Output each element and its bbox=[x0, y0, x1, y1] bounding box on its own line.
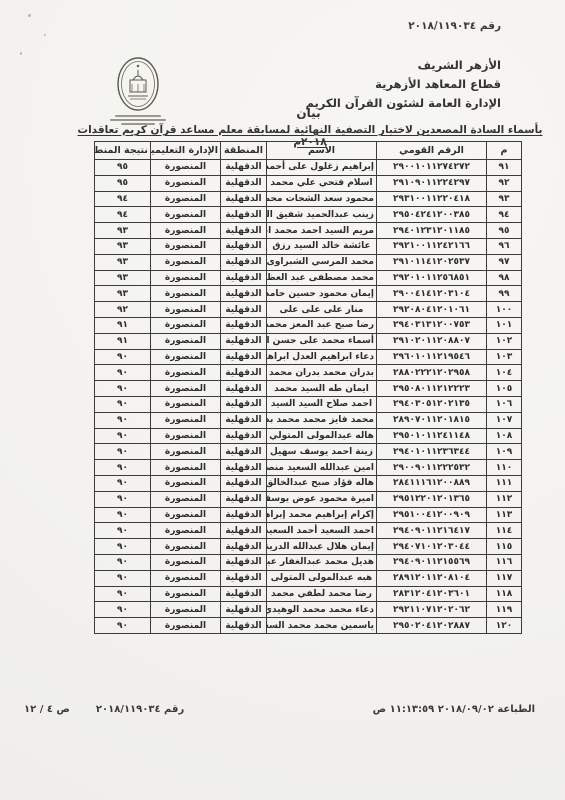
cell-name: رضا صبح عبد المعز محمد bbox=[267, 317, 377, 333]
cell-serial: ١٠٤ bbox=[487, 365, 522, 381]
cell-score: ٩٠ bbox=[95, 554, 151, 570]
cell-national-id: ٢٩٤٠٩٠١١٢١٥٥٦٩ bbox=[377, 554, 487, 570]
table-row: ١٠٣٢٩٦٠١٠١١٢١٩٥٤٦دعاء ابراهيم العدل ابرا… bbox=[95, 349, 522, 365]
cell-admin: المنصورة bbox=[151, 333, 221, 349]
cell-admin: المنصورة bbox=[151, 475, 221, 491]
cell-score: ٩١ bbox=[95, 317, 151, 333]
cell-serial: ٩٢ bbox=[487, 175, 522, 191]
cell-score: ٩٠ bbox=[95, 491, 151, 507]
cell-region: الدقهلية bbox=[221, 207, 267, 223]
cell-region: الدقهلية bbox=[221, 396, 267, 412]
table-row: ٩٧٢٩١٠١١٤١٢٠٢٥٣٧محمد المرسي الشبراوى الم… bbox=[95, 254, 522, 270]
cell-name: زينب عبدالحميد شفيق البسيوني bbox=[267, 207, 377, 223]
cell-region: الدقهلية bbox=[221, 412, 267, 428]
cell-score: ٩١ bbox=[95, 333, 151, 349]
cell-name: إيمان هلال عبدالله الدريني الجمل bbox=[267, 539, 377, 555]
cell-name: محمد المرسي الشبراوى المرسي bbox=[267, 254, 377, 270]
cell-name: رضا محمد لطفي محمد bbox=[267, 586, 377, 602]
cell-national-id: ٢٩٤٠١٠١١٢٣٦٣٤٤ bbox=[377, 444, 487, 460]
cell-serial: ١١٩ bbox=[487, 602, 522, 618]
cell-score: ٩٠ bbox=[95, 349, 151, 365]
cell-admin: المنصورة bbox=[151, 207, 221, 223]
cell-name: بدران محمد بدران محمد احمد bbox=[267, 365, 377, 381]
cell-national-id: ٢٩٥٠٨٠١١٢١٢٢٢٣ bbox=[377, 381, 487, 397]
cell-region: الدقهلية bbox=[221, 270, 267, 286]
cell-region: الدقهلية bbox=[221, 254, 267, 270]
cell-national-id: ٢٩١٠٩٠١١٢٢٤٢٩٧ bbox=[377, 175, 487, 191]
cell-admin: المنصورة bbox=[151, 602, 221, 618]
table-row: ١١٧٢٨٩١٢٠١١٢٠٨١٠٤هبه عبدالمولى المتولىال… bbox=[95, 570, 522, 586]
cell-score: ٩٤ bbox=[95, 207, 151, 223]
cell-admin: المنصورة bbox=[151, 396, 221, 412]
cell-serial: ١٠٥ bbox=[487, 381, 522, 397]
cell-score: ٩٣ bbox=[95, 238, 151, 254]
cell-name: هبه عبدالمولى المتولى bbox=[267, 570, 377, 586]
cell-national-id: ٢٨٩١٢٠١١٢٠٨١٠٤ bbox=[377, 570, 487, 586]
cell-region: الدقهلية bbox=[221, 381, 267, 397]
cell-score: ٩٣ bbox=[95, 254, 151, 270]
cell-national-id: ٢٩٢٠٨٠٤١٢٠١٠٦١ bbox=[377, 302, 487, 318]
cell-national-id: ٢٨٣١٢٠٤١٢٠٣٦٠١ bbox=[377, 586, 487, 602]
cell-name: هاله فؤاد صبح عبدالخالق bbox=[267, 475, 377, 491]
cell-region: الدقهلية bbox=[221, 317, 267, 333]
cell-national-id: ٢٩٠٠١٠١١٢٧٤٢٧٢ bbox=[377, 160, 487, 176]
cell-admin: المنصورة bbox=[151, 191, 221, 207]
cell-score: ٩٠ bbox=[95, 460, 151, 476]
footer-doc-info: رقم ٢٠١٨/١١٩٠٣٤ ص ٤ / ١٢ bbox=[24, 704, 184, 715]
column-header: الإدارة التعليمية bbox=[151, 142, 221, 160]
cell-national-id: ٢٨٩٠٧٠١١٢٠١٨١٥ bbox=[377, 412, 487, 428]
cell-admin: المنصورة bbox=[151, 238, 221, 254]
cell-region: الدقهلية bbox=[221, 507, 267, 523]
cell-serial: ١٠٦ bbox=[487, 396, 522, 412]
cell-region: الدقهلية bbox=[221, 238, 267, 254]
footer-page-number: ص ٤ / ١٢ bbox=[24, 704, 70, 715]
cell-admin: المنصورة bbox=[151, 507, 221, 523]
cell-region: الدقهلية bbox=[221, 602, 267, 618]
cell-region: الدقهلية bbox=[221, 523, 267, 539]
table-row: ١١٦٢٩٤٠٩٠١١٢١٥٥٦٩هديل محمد عبدالغفار عبد… bbox=[95, 554, 522, 570]
cell-national-id: ٢٩١٠١١٤١٢٠٢٥٣٧ bbox=[377, 254, 487, 270]
cell-serial: ٩١ bbox=[487, 160, 522, 176]
cell-serial: ٩٤ bbox=[487, 207, 522, 223]
cell-admin: المنصورة bbox=[151, 586, 221, 602]
cell-serial: ٩٨ bbox=[487, 270, 522, 286]
print-timestamp: الطباعة ٢٠١٨/٠٩/٠٢ ١١:١٣:٥٩ ص bbox=[373, 704, 535, 715]
cell-admin: المنصورة bbox=[151, 523, 221, 539]
cell-serial: ١١٠ bbox=[487, 460, 522, 476]
emblem-icon bbox=[116, 56, 160, 112]
column-header: الأسم bbox=[267, 142, 377, 160]
cell-name: امين عبدالله السعيد منصور بشار bbox=[267, 460, 377, 476]
candidates-table: مالرقم القوميالأسمالمنطقةالإدارة التعليم… bbox=[94, 141, 522, 634]
table-row: ١١١٢٨٤١١١٦١٢٠٠٨٨٩هاله فؤاد صبح عبدالخالق… bbox=[95, 475, 522, 491]
cell-serial: ١٠٣ bbox=[487, 349, 522, 365]
cell-admin: المنصورة bbox=[151, 286, 221, 302]
cell-serial: ١٠٠ bbox=[487, 302, 522, 318]
cell-national-id: ٢٩٦٠١٠١١٢١٩٥٤٦ bbox=[377, 349, 487, 365]
cell-serial: ١١٧ bbox=[487, 570, 522, 586]
cell-admin: المنصورة bbox=[151, 539, 221, 555]
cell-region: الدقهلية bbox=[221, 586, 267, 602]
column-header: المنطقة bbox=[221, 142, 267, 160]
cell-national-id: ٢٩٤٠٣١٣١٢٠٠٧٥٣ bbox=[377, 317, 487, 333]
cell-name: هديل محمد عبدالغفار عبدالمقصود bbox=[267, 554, 377, 570]
cell-serial: ٩٩ bbox=[487, 286, 522, 302]
cell-serial: ٩٥ bbox=[487, 223, 522, 239]
cell-region: الدقهلية bbox=[221, 444, 267, 460]
table-row: ٩١٢٩٠٠١٠١١٢٧٤٢٧٢إبراهيم زغلول على أحمد ش… bbox=[95, 160, 522, 176]
cell-national-id: ٢٨٨٠٢٢٢١٢٠٢٩٥٨ bbox=[377, 365, 487, 381]
scanned-document-page: رقم ٢٠١٨/١١٩٠٣٤ الأزهر الشريف قطاع المعا… bbox=[0, 0, 565, 800]
cell-serial: ١١٦ bbox=[487, 554, 522, 570]
cell-score: ٩٠ bbox=[95, 365, 151, 381]
cell-score: ٩٠ bbox=[95, 586, 151, 602]
cell-region: الدقهلية bbox=[221, 491, 267, 507]
table-row: ١١٣٢٩٥١٠٠٤١٢٠٠٩٠٩إكرام إبراهيم محمد إبرا… bbox=[95, 507, 522, 523]
cell-admin: المنصورة bbox=[151, 381, 221, 397]
cell-name: احمد السعيد أحمد السعيد الجوهري bbox=[267, 523, 377, 539]
cell-name: أسماء محمد على حسن البلقاسي bbox=[267, 333, 377, 349]
scan-speckle bbox=[20, 52, 22, 55]
cell-national-id: ٢٩٢١١٠٧١٢٠٢٠٦٢ bbox=[377, 602, 487, 618]
cell-name: إبراهيم زغلول على أحمد شهاب الدين bbox=[267, 160, 377, 176]
cell-serial: ١١٨ bbox=[487, 586, 522, 602]
column-header: الرقم القومي bbox=[377, 142, 487, 160]
cell-admin: المنصورة bbox=[151, 223, 221, 239]
table-row: ٩٨٢٩٢٠١٠١١٢٥٦٨٥١محمد مصطفى عبد العظيم ال… bbox=[95, 270, 522, 286]
table-row: ٩٩٢٩٠٠٤١٤١٢٠٣١٠٤إيمان محمود حسين حامد مح… bbox=[95, 286, 522, 302]
cell-serial: ١٠٨ bbox=[487, 428, 522, 444]
scan-speckle bbox=[28, 14, 31, 17]
cell-name: إكرام إبراهيم محمد إبراهيم يوسف bbox=[267, 507, 377, 523]
cell-score: ٩٠ bbox=[95, 412, 151, 428]
cell-region: الدقهلية bbox=[221, 175, 267, 191]
cell-serial: ١٠٧ bbox=[487, 412, 522, 428]
table-row: ١١٠٢٩٠٠٩٠١١٢٢٢٥٣٢امين عبدالله السعيد منص… bbox=[95, 460, 522, 476]
cell-serial: ١١٤ bbox=[487, 523, 522, 539]
cell-name: ايمان طه السيد محمد bbox=[267, 381, 377, 397]
cell-score: ٩٠ bbox=[95, 507, 151, 523]
table-row: ١١٢٢٩٥١٢٢٠١٢٠١٣٦٥اميرة محمود عوض يوسف سع… bbox=[95, 491, 522, 507]
org-sector: قطاع المعاهد الأزهرية bbox=[305, 75, 501, 94]
cell-name: منار على على على bbox=[267, 302, 377, 318]
table-row: ٩٤٢٩٥٠٤٢٤١٢٠٠٣٨٥زينب عبدالحميد شفيق البس… bbox=[95, 207, 522, 223]
table-row: ١١٩٢٩٢١١٠٧١٢٠٢٠٦٢دعاء محمد محمد الوهيدي … bbox=[95, 602, 522, 618]
cell-score: ٩٠ bbox=[95, 618, 151, 634]
cell-national-id: ٢٩٥١٢٢٠١٢٠١٣٦٥ bbox=[377, 491, 487, 507]
cell-region: الدقهلية bbox=[221, 191, 267, 207]
cell-admin: المنصورة bbox=[151, 160, 221, 176]
cell-admin: المنصورة bbox=[151, 412, 221, 428]
cell-name: ياسمين محمد محمد السعيد حامد bbox=[267, 618, 377, 634]
cell-admin: المنصورة bbox=[151, 365, 221, 381]
cell-region: الدقهلية bbox=[221, 160, 267, 176]
cell-score: ٩٠ bbox=[95, 444, 151, 460]
cell-name: اميرة محمود عوض يوسف سعد bbox=[267, 491, 377, 507]
cell-region: الدقهلية bbox=[221, 475, 267, 491]
table-row: ٩٣٢٩٣١٠٠١١٢٢٠٤١٨محمود سعد الشحات محمد هي… bbox=[95, 191, 522, 207]
cell-region: الدقهلية bbox=[221, 428, 267, 444]
cell-serial: ١١١ bbox=[487, 475, 522, 491]
table-header-row: مالرقم القوميالأسمالمنطقةالإدارة التعليم… bbox=[95, 142, 522, 160]
cell-admin: المنصورة bbox=[151, 317, 221, 333]
cell-serial: ٩٧ bbox=[487, 254, 522, 270]
cell-region: الدقهلية bbox=[221, 460, 267, 476]
cell-admin: المنصورة bbox=[151, 270, 221, 286]
column-header: م bbox=[487, 142, 522, 160]
cell-score: ٩٠ bbox=[95, 428, 151, 444]
cell-national-id: ٢٩٠٠٩٠١١٢٢٢٥٣٢ bbox=[377, 460, 487, 476]
cell-national-id: ٢٩٤٠٧١٠١٢٠٣٠٤٤ bbox=[377, 539, 487, 555]
scan-speckle bbox=[44, 34, 46, 36]
cell-region: الدقهلية bbox=[221, 365, 267, 381]
cell-national-id: ٢٩٤٠١٢٣١٢٠١١٨٥ bbox=[377, 223, 487, 239]
statement-title: بيان bbox=[95, 106, 522, 120]
cell-score: ٩٥ bbox=[95, 160, 151, 176]
table-row: ١٠٤٢٨٨٠٢٢٢١٢٠٢٩٥٨بدران محمد بدران محمد ا… bbox=[95, 365, 522, 381]
cell-admin: المنصورة bbox=[151, 349, 221, 365]
cell-serial: ١٠١ bbox=[487, 317, 522, 333]
table-row: ١٠٠٢٩٢٠٨٠٤١٢٠١٠٦١منار على على علىالدقهلي… bbox=[95, 302, 522, 318]
cell-name: عائشة خالد السيد رزق bbox=[267, 238, 377, 254]
table-row: ٩٦٢٩٢١٠٠١١٢٤٢١٦٦عائشة خالد السيد رزقالدق… bbox=[95, 238, 522, 254]
cell-region: الدقهلية bbox=[221, 539, 267, 555]
cell-serial: ١٠٢ bbox=[487, 333, 522, 349]
cell-score: ٩٠ bbox=[95, 523, 151, 539]
cell-score: ٩٢ bbox=[95, 302, 151, 318]
cell-serial: ٩٦ bbox=[487, 238, 522, 254]
cell-score: ٩٠ bbox=[95, 396, 151, 412]
cell-region: الدقهلية bbox=[221, 223, 267, 239]
cell-national-id: ٢٩٠٠٤١٤١٢٠٣١٠٤ bbox=[377, 286, 487, 302]
cell-admin: المنصورة bbox=[151, 570, 221, 586]
org-header-block: الأزهر الشريف قطاع المعاهد الأزهرية الإد… bbox=[305, 56, 501, 113]
cell-national-id: ٢٩٥١٠٠٤١٢٠٠٩٠٩ bbox=[377, 507, 487, 523]
cell-score: ٩٥ bbox=[95, 175, 151, 191]
cell-region: الدقهلية bbox=[221, 554, 267, 570]
cell-name: محمد مصطفى عبد العظيم الشربيني bbox=[267, 270, 377, 286]
cell-admin: المنصورة bbox=[151, 444, 221, 460]
cell-region: الدقهلية bbox=[221, 618, 267, 634]
cell-admin: المنصورة bbox=[151, 554, 221, 570]
cell-national-id: ٢٩٥٠٤٢٤١٢٠٠٣٨٥ bbox=[377, 207, 487, 223]
cell-name: مريم السيد احمد محمد ابراهيم bbox=[267, 223, 377, 239]
cell-region: الدقهلية bbox=[221, 302, 267, 318]
cell-score: ٩٠ bbox=[95, 475, 151, 491]
cell-name: محمود سعد الشحات محمد هيكل bbox=[267, 191, 377, 207]
cell-national-id: ٢٩٥٠٢٠٤١٢٠٢٨٨٧ bbox=[377, 618, 487, 634]
cell-serial: ٩٣ bbox=[487, 191, 522, 207]
table-row: ١١٥٢٩٤٠٧١٠١٢٠٣٠٤٤إيمان هلال عبدالله الدر… bbox=[95, 539, 522, 555]
table-row: ١٢٠٢٩٥٠٢٠٤١٢٠٢٨٨٧ياسمين محمد محمد السعيد… bbox=[95, 618, 522, 634]
cell-admin: المنصورة bbox=[151, 491, 221, 507]
cell-name: اسلام فتحي علي محمد bbox=[267, 175, 377, 191]
cell-score: ٩٠ bbox=[95, 570, 151, 586]
cell-admin: المنصورة bbox=[151, 618, 221, 634]
cell-national-id: ٢٩٢٠١٠١١٢٥٦٨٥١ bbox=[377, 270, 487, 286]
cell-score: ٩٣ bbox=[95, 223, 151, 239]
table-row: ١٠٢٢٩١٠٢٠١١٢٠٨٨٠٧أسماء محمد على حسن البل… bbox=[95, 333, 522, 349]
table-row: ١١٤٢٩٤٠٩٠١١٢١٦٤١٧احمد السعيد أحمد السعيد… bbox=[95, 523, 522, 539]
cell-name: دعاء محمد محمد الوهيدي عجيزه bbox=[267, 602, 377, 618]
footer-doc-number: رقم ٢٠١٨/١١٩٠٣٤ bbox=[96, 704, 184, 715]
document-number-top: رقم ٢٠١٨/١١٩٠٣٤ bbox=[408, 20, 501, 32]
cell-name: إيمان محمود حسين حامد محمد بركات bbox=[267, 286, 377, 302]
column-header: نتيجة المنطقة bbox=[95, 142, 151, 160]
cell-region: الدقهلية bbox=[221, 349, 267, 365]
cell-region: الدقهلية bbox=[221, 286, 267, 302]
cell-national-id: ٢٩٤٠٣٠٥١٢٠٢١٣٥ bbox=[377, 396, 487, 412]
cell-admin: المنصورة bbox=[151, 428, 221, 444]
cell-name: هاله عبدالمولى المتولي bbox=[267, 428, 377, 444]
cell-name: محمد فايز محمد محمد بدر bbox=[267, 412, 377, 428]
cell-national-id: ٢٩٥٠١٠١١٢٤١١٤٨ bbox=[377, 428, 487, 444]
cell-serial: ١٢٠ bbox=[487, 618, 522, 634]
cell-score: ٩٣ bbox=[95, 286, 151, 302]
table-row: ١٠٥٢٩٥٠٨٠١١٢١٢٢٢٣ايمان طه السيد محمدالدق… bbox=[95, 381, 522, 397]
table-row: ١٠٦٢٩٤٠٣٠٥١٢٠٢١٣٥احمد صلاح السيد السيدال… bbox=[95, 396, 522, 412]
table-row: ٩٢٢٩١٠٩٠١١٢٢٤٢٩٧اسلام فتحي علي محمدالدقه… bbox=[95, 175, 522, 191]
cell-serial: ١٠٩ bbox=[487, 444, 522, 460]
cell-score: ٩٣ bbox=[95, 270, 151, 286]
cell-admin: المنصورة bbox=[151, 254, 221, 270]
cell-national-id: ٢٩٢١٠٠١١٢٤٢١٦٦ bbox=[377, 238, 487, 254]
cell-national-id: ٢٩٤٠٩٠١١٢١٦٤١٧ bbox=[377, 523, 487, 539]
cell-national-id: ٢٩٣١٠٠١١٢٢٠٤١٨ bbox=[377, 191, 487, 207]
table-row: ١٠٩٢٩٤٠١٠١١٢٣٦٣٤٤زينة احمد يوسف سهيلالدق… bbox=[95, 444, 522, 460]
cell-national-id: ٢٩١٠٢٠١١٢٠٨٨٠٧ bbox=[377, 333, 487, 349]
cell-name: زينة احمد يوسف سهيل bbox=[267, 444, 377, 460]
cell-score: ٩٤ bbox=[95, 191, 151, 207]
cell-admin: المنصورة bbox=[151, 302, 221, 318]
cell-serial: ١١٢ bbox=[487, 491, 522, 507]
cell-score: ٩٠ bbox=[95, 602, 151, 618]
table-row: ٩٥٢٩٤٠١٢٣١٢٠١١٨٥مريم السيد احمد محمد ابر… bbox=[95, 223, 522, 239]
cell-score: ٩٠ bbox=[95, 539, 151, 555]
cell-region: الدقهلية bbox=[221, 333, 267, 349]
cell-admin: المنصورة bbox=[151, 175, 221, 191]
cell-serial: ١١٥ bbox=[487, 539, 522, 555]
cell-admin: المنصورة bbox=[151, 460, 221, 476]
table-row: ١٠١٢٩٤٠٣١٣١٢٠٠٧٥٣رضا صبح عبد المعز محمدا… bbox=[95, 317, 522, 333]
cell-name: دعاء ابراهيم العدل ابراهيم بدوى bbox=[267, 349, 377, 365]
org-name: الأزهر الشريف bbox=[305, 56, 501, 75]
cell-serial: ١١٣ bbox=[487, 507, 522, 523]
cell-score: ٩٠ bbox=[95, 381, 151, 397]
cell-region: الدقهلية bbox=[221, 570, 267, 586]
cell-national-id: ٢٨٤١١١٦١٢٠٠٨٨٩ bbox=[377, 475, 487, 491]
table-row: ١٠٨٢٩٥٠١٠١١٢٤١١٤٨هاله عبدالمولى المتوليا… bbox=[95, 428, 522, 444]
table-row: ١٠٧٢٨٩٠٧٠١١٢٠١٨١٥محمد فايز محمد محمد بدر… bbox=[95, 412, 522, 428]
table-row: ١١٨٢٨٣١٢٠٤١٢٠٣٦٠١رضا محمد لطفي محمدالدقه… bbox=[95, 586, 522, 602]
cell-name: احمد صلاح السيد السيد bbox=[267, 396, 377, 412]
